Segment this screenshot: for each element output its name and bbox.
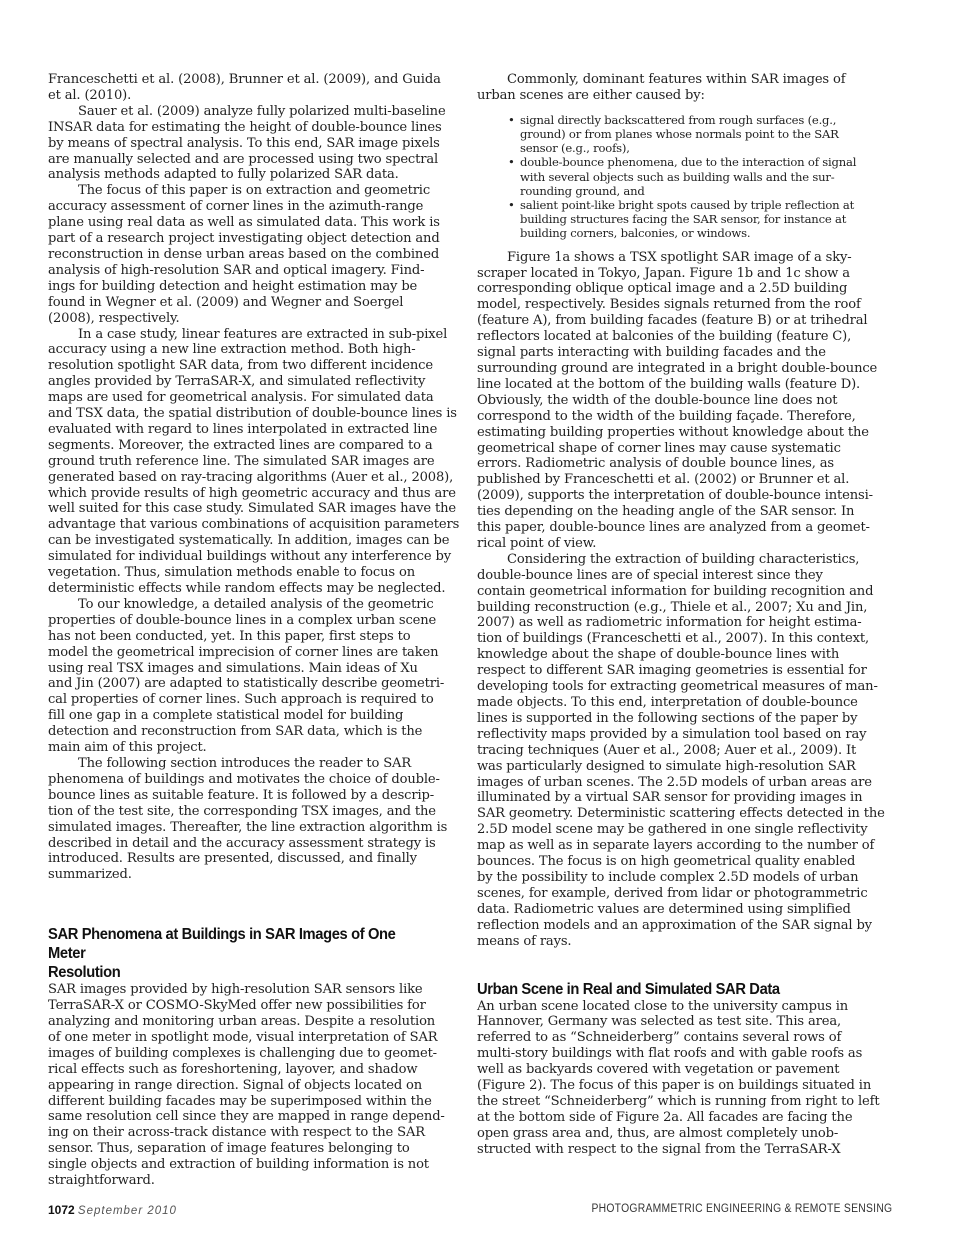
text-line: lines is supported in the following sect… [477, 711, 895, 727]
text-line: data. Radiometric values are determined … [477, 902, 895, 918]
text-line: referred to as “Schneiderberg” contains … [477, 1030, 895, 1046]
text-line: In a case study, linear features are ext… [48, 327, 458, 343]
text-line: multi-story buildings with flat roofs an… [477, 1046, 895, 1062]
text-line: has not been conducted, yet. In this pap… [48, 629, 458, 645]
text-line: rounding ground, and [477, 184, 895, 198]
text-line: ing on their across-track distance with … [48, 1125, 458, 1141]
text-line: (feature A), from building facades (feat… [477, 313, 895, 329]
bullet-text: building structures facing the SAR senso… [520, 212, 846, 226]
text-line: (2008), respectively. [48, 311, 458, 327]
heading-line: SAR Phenomena at Buildings in SAR Images… [48, 925, 425, 963]
paragraph: To our knowledge, a detailed analysis of… [48, 597, 458, 756]
text-line: summarized. [48, 867, 458, 883]
bullet-icon: • [508, 113, 515, 127]
text-line: SAR images provided by high-resolution S… [48, 982, 458, 998]
bullet-icon: • [508, 198, 515, 212]
text-line: building structures facing the SAR senso… [477, 212, 895, 226]
text-line: Obviously, the width of the double-bounc… [477, 393, 895, 409]
text-line: introduced. Results are presented, discu… [48, 851, 458, 867]
bullet-text: rounding ground, and [520, 184, 645, 198]
bullet-text: ground) or from planes whose normals poi… [520, 127, 839, 141]
text-line: •signal directly backscattered from roug… [477, 113, 895, 127]
left-column: Franceschetti et al. (2008), Brunner et … [48, 72, 458, 1189]
text-line: line located at the bottom of the buildi… [477, 377, 895, 393]
text-line: phenomena of buildings and motivates the… [48, 772, 458, 788]
text-line: bounces. The focus is on high geometrica… [477, 854, 895, 870]
text-line: surrounding ground are integrated in a b… [477, 361, 895, 377]
text-line: contain geometrical information for buil… [477, 584, 895, 600]
text-line: open grass area and, thus, are almost co… [477, 1126, 895, 1142]
bullet-text: salient point-like bright spots caused b… [520, 198, 854, 212]
text-line: 2007) as well as radiometric information… [477, 615, 895, 631]
text-line: tion of the test site, the corresponding… [48, 804, 458, 820]
text-line: means of rays. [477, 934, 895, 950]
paragraph: The following section introduces the rea… [48, 756, 458, 883]
bullet-text: building corners, balconies, or windows. [520, 226, 750, 240]
text-line: same resolution cell since they are mapp… [48, 1109, 458, 1125]
list-item: •salient point-like bright spots caused … [477, 198, 895, 241]
text-line: simulated images. Thereafter, the line e… [48, 820, 458, 836]
text-line: evaluated with regard to lines interpola… [48, 422, 458, 438]
text-line: was particularly designed to simulate hi… [477, 759, 895, 775]
text-line: angles provided by TerraSAR-X, and simul… [48, 374, 458, 390]
text-line: model, respectively. Besides signals ret… [477, 297, 895, 313]
text-line: advantage that various combinations of a… [48, 517, 458, 533]
text-line: building reconstruction (e.g., Thiele et… [477, 600, 895, 616]
paragraph: Figure 1a shows a TSX spotlight SAR imag… [477, 250, 895, 552]
text-line: knowledge about the shape of double-boun… [477, 647, 895, 663]
paragraph: Sauer et al. (2009) analyze fully polari… [48, 104, 458, 184]
text-line: ground truth reference line. The simulat… [48, 454, 458, 470]
text-line: properties of double-bounce lines in a c… [48, 613, 458, 629]
section-heading: Urban Scene in Real and Simulated SAR Da… [477, 980, 862, 999]
text-line: segments. Moreover, the extracted lines … [48, 438, 458, 454]
paragraph: SAR images provided by high-resolution S… [48, 982, 458, 1189]
text-line: Figure 1a shows a TSX spotlight SAR imag… [477, 250, 895, 266]
text-line: building corners, balconies, or windows. [477, 226, 895, 240]
text-line: •salient point-like bright spots caused … [477, 198, 895, 212]
text-line: Considering the extraction of building c… [477, 552, 895, 568]
paragraph: In a case study, linear features are ext… [48, 327, 458, 597]
journal-name: PHOTOGRAMMETRIC ENGINEERING & REMOTE SEN… [591, 1203, 892, 1215]
text-line: of one meter in spotlight mode, visual i… [48, 1030, 458, 1046]
text-line: plane using real data as well as simulat… [48, 215, 458, 231]
text-line: published by Franceschetti et al. (2002)… [477, 472, 895, 488]
text-line: scraper located in Tokyo, Japan. Figure … [477, 266, 895, 282]
text-line: accuracy using a new line extraction met… [48, 342, 458, 358]
text-line: signal parts interacting with building f… [477, 345, 895, 361]
right-column: Commonly, dominant features within SAR i… [477, 72, 895, 1158]
text-line: tracing techniques (Auer et al., 2008; A… [477, 743, 895, 759]
text-line: map as well as in separate layers accord… [477, 838, 895, 854]
text-line: simulated for individual buildings witho… [48, 549, 458, 565]
text-line: this paper, double-bounce lines are anal… [477, 520, 895, 536]
list-item: •signal directly backscattered from roug… [477, 113, 895, 156]
text-line: (Figure 2). The focus of this paper is o… [477, 1078, 895, 1094]
text-line: TerraSAR-X or COSMO-SkyMed offer new pos… [48, 998, 458, 1014]
paragraph: The focus of this paper is on extraction… [48, 183, 458, 326]
text-line: analysis of high-resolution SAR and opti… [48, 263, 458, 279]
text-line: well as backyards covered with vegetatio… [477, 1062, 895, 1078]
text-line: which provide results of high geometric … [48, 486, 458, 502]
paragraph: Commonly, dominant features within SAR i… [477, 72, 895, 104]
text-line: INSAR data for estimating the height of … [48, 120, 458, 136]
section-heading: SAR Phenomena at Buildings in SAR Images… [48, 925, 458, 982]
text-line: To our knowledge, a detailed analysis of… [48, 597, 458, 613]
text-line: Sauer et al. (2009) analyze fully polari… [48, 104, 458, 120]
text-line: reflectivity maps provided by a simulati… [477, 727, 895, 743]
text-line: ties depending on the heading angle of t… [477, 504, 895, 520]
text-line: Commonly, dominant features within SAR i… [477, 72, 895, 88]
text-line: accuracy assessment of corner lines in t… [48, 199, 458, 215]
page-number: 1072 [48, 1203, 75, 1217]
text-line: developing tools for extracting geometri… [477, 679, 895, 695]
text-line: An urban scene located close to the univ… [477, 999, 895, 1015]
text-line: different building facades may be superi… [48, 1094, 458, 1110]
text-line: correspond to the width of the building … [477, 409, 895, 425]
text-line: images of urban scenes. The 2.5D models … [477, 775, 895, 791]
text-line: reconstruction in dense urban areas base… [48, 247, 458, 263]
text-line: detection and reconstruction from SAR da… [48, 724, 458, 740]
text-line: can be investigated systematically. In a… [48, 533, 458, 549]
text-line: analysis methods adapted to fully polari… [48, 167, 458, 183]
text-line: rical effects such as foreshortening, la… [48, 1062, 458, 1078]
paragraph: Franceschetti et al. (2008), Brunner et … [48, 72, 458, 104]
text-line: errors. Radiometric analysis of double b… [477, 456, 895, 472]
text-line: The following section introduces the rea… [48, 756, 458, 772]
text-line: reflectors located at balconies of the b… [477, 329, 895, 345]
text-line: analyzing and monitoring urban areas. De… [48, 1014, 458, 1030]
bullet-list: •signal directly backscattered from roug… [477, 113, 895, 241]
text-line: deterministic effects while random effec… [48, 581, 458, 597]
text-line: appearing in range direction. Signal of … [48, 1078, 458, 1094]
text-line: •double-bounce phenomena, due to the int… [477, 155, 895, 169]
text-line: reflection models and an approximation o… [477, 918, 895, 934]
text-line: with several objects such as building wa… [477, 170, 895, 184]
text-line: 2.5D model scene may be gathered in one … [477, 822, 895, 838]
bullet-text: sensor (e.g., roofs), [520, 141, 630, 155]
text-line: generated based on ray-tracing algorithm… [48, 470, 458, 486]
text-line: corresponding oblique optical image and … [477, 281, 895, 297]
text-line: illuminated by a virtual SAR sensor for … [477, 790, 895, 806]
text-line: images of building complexes is challeng… [48, 1046, 458, 1062]
bullet-text: signal directly backscattered from rough… [520, 113, 836, 127]
text-line: structed with respect to the signal from… [477, 1142, 895, 1158]
footer-left: 1072 September 2010 [48, 1203, 177, 1217]
text-line: found in Wegner et al. (2009) and Wegner… [48, 295, 458, 311]
text-line: Hannover, Germany was selected as test s… [477, 1014, 895, 1030]
text-line: by the possibility to include complex 2.… [477, 870, 895, 886]
text-line: vegetation. Thus, simulation methods ena… [48, 565, 458, 581]
text-line: maps are used for geometrical analysis. … [48, 390, 458, 406]
text-line: at the bottom side of Figure 2a. All fac… [477, 1110, 895, 1126]
text-line: tion of buildings (Franceschetti et al.,… [477, 631, 895, 647]
text-line: single objects and extraction of buildin… [48, 1157, 458, 1173]
text-line: part of a research project investigating… [48, 231, 458, 247]
heading-line: Resolution [48, 963, 425, 982]
text-line: et al. (2010). [48, 88, 458, 104]
text-line: using real TSX images and simulations. M… [48, 661, 458, 677]
text-line: scenes, for example, derived from lidar … [477, 886, 895, 902]
text-line: the street “Schneiderberg” which is runn… [477, 1094, 895, 1110]
text-line: ground) or from planes whose normals poi… [477, 127, 895, 141]
text-line: main aim of this project. [48, 740, 458, 756]
text-line: and TSX data, the spatial distribution o… [48, 406, 458, 422]
text-line: sensor. Thus, separation of image featur… [48, 1141, 458, 1157]
list-item: •double-bounce phenomena, due to the int… [477, 155, 895, 198]
text-line: The focus of this paper is on extraction… [48, 183, 458, 199]
text-line: resolution spotlight SAR data, from two … [48, 358, 458, 374]
bullet-text: with several objects such as building wa… [520, 170, 835, 184]
text-line: SAR geometry. Deterministic scattering e… [477, 806, 895, 822]
paragraph: An urban scene located close to the univ… [477, 999, 895, 1158]
text-line: well suited for this case study. Simulat… [48, 501, 458, 517]
text-line: geometrical shape of corner lines may ca… [477, 441, 895, 457]
text-line: double-bounce lines are of special inter… [477, 568, 895, 584]
text-line: respect to different SAR imaging geometr… [477, 663, 895, 679]
bullet-text: double-bounce phenomena, due to the inte… [520, 155, 856, 169]
text-line: rical point of view. [477, 536, 895, 552]
text-line: urban scenes are either caused by: [477, 88, 895, 104]
text-line: by means of spectral analysis. To this e… [48, 136, 458, 152]
text-line: ings for building detection and height e… [48, 279, 458, 295]
text-line: fill one gap in a complete statistical m… [48, 708, 458, 724]
text-line: (2009), supports the interpretation of d… [477, 488, 895, 504]
issue-date: September 2010 [78, 1205, 177, 1217]
text-line: cal properties of corner lines. Such app… [48, 692, 458, 708]
text-line: estimating building properties without k… [477, 425, 895, 441]
paragraph: Considering the extraction of building c… [477, 552, 895, 950]
text-line: sensor (e.g., roofs), [477, 141, 895, 155]
text-line: are manually selected and are processed … [48, 152, 458, 168]
bullet-icon: • [508, 155, 515, 169]
text-line: described in detail and the accuracy ass… [48, 836, 458, 852]
text-line: made objects. To this end, interpretatio… [477, 695, 895, 711]
text-line: bounce lines as suitable feature. It is … [48, 788, 458, 804]
text-line: Franceschetti et al. (2008), Brunner et … [48, 72, 458, 88]
text-line: and Jin (2007) are adapted to statistica… [48, 676, 458, 692]
text-line: model the geometrical imprecision of cor… [48, 645, 458, 661]
text-line: straightforward. [48, 1173, 458, 1189]
